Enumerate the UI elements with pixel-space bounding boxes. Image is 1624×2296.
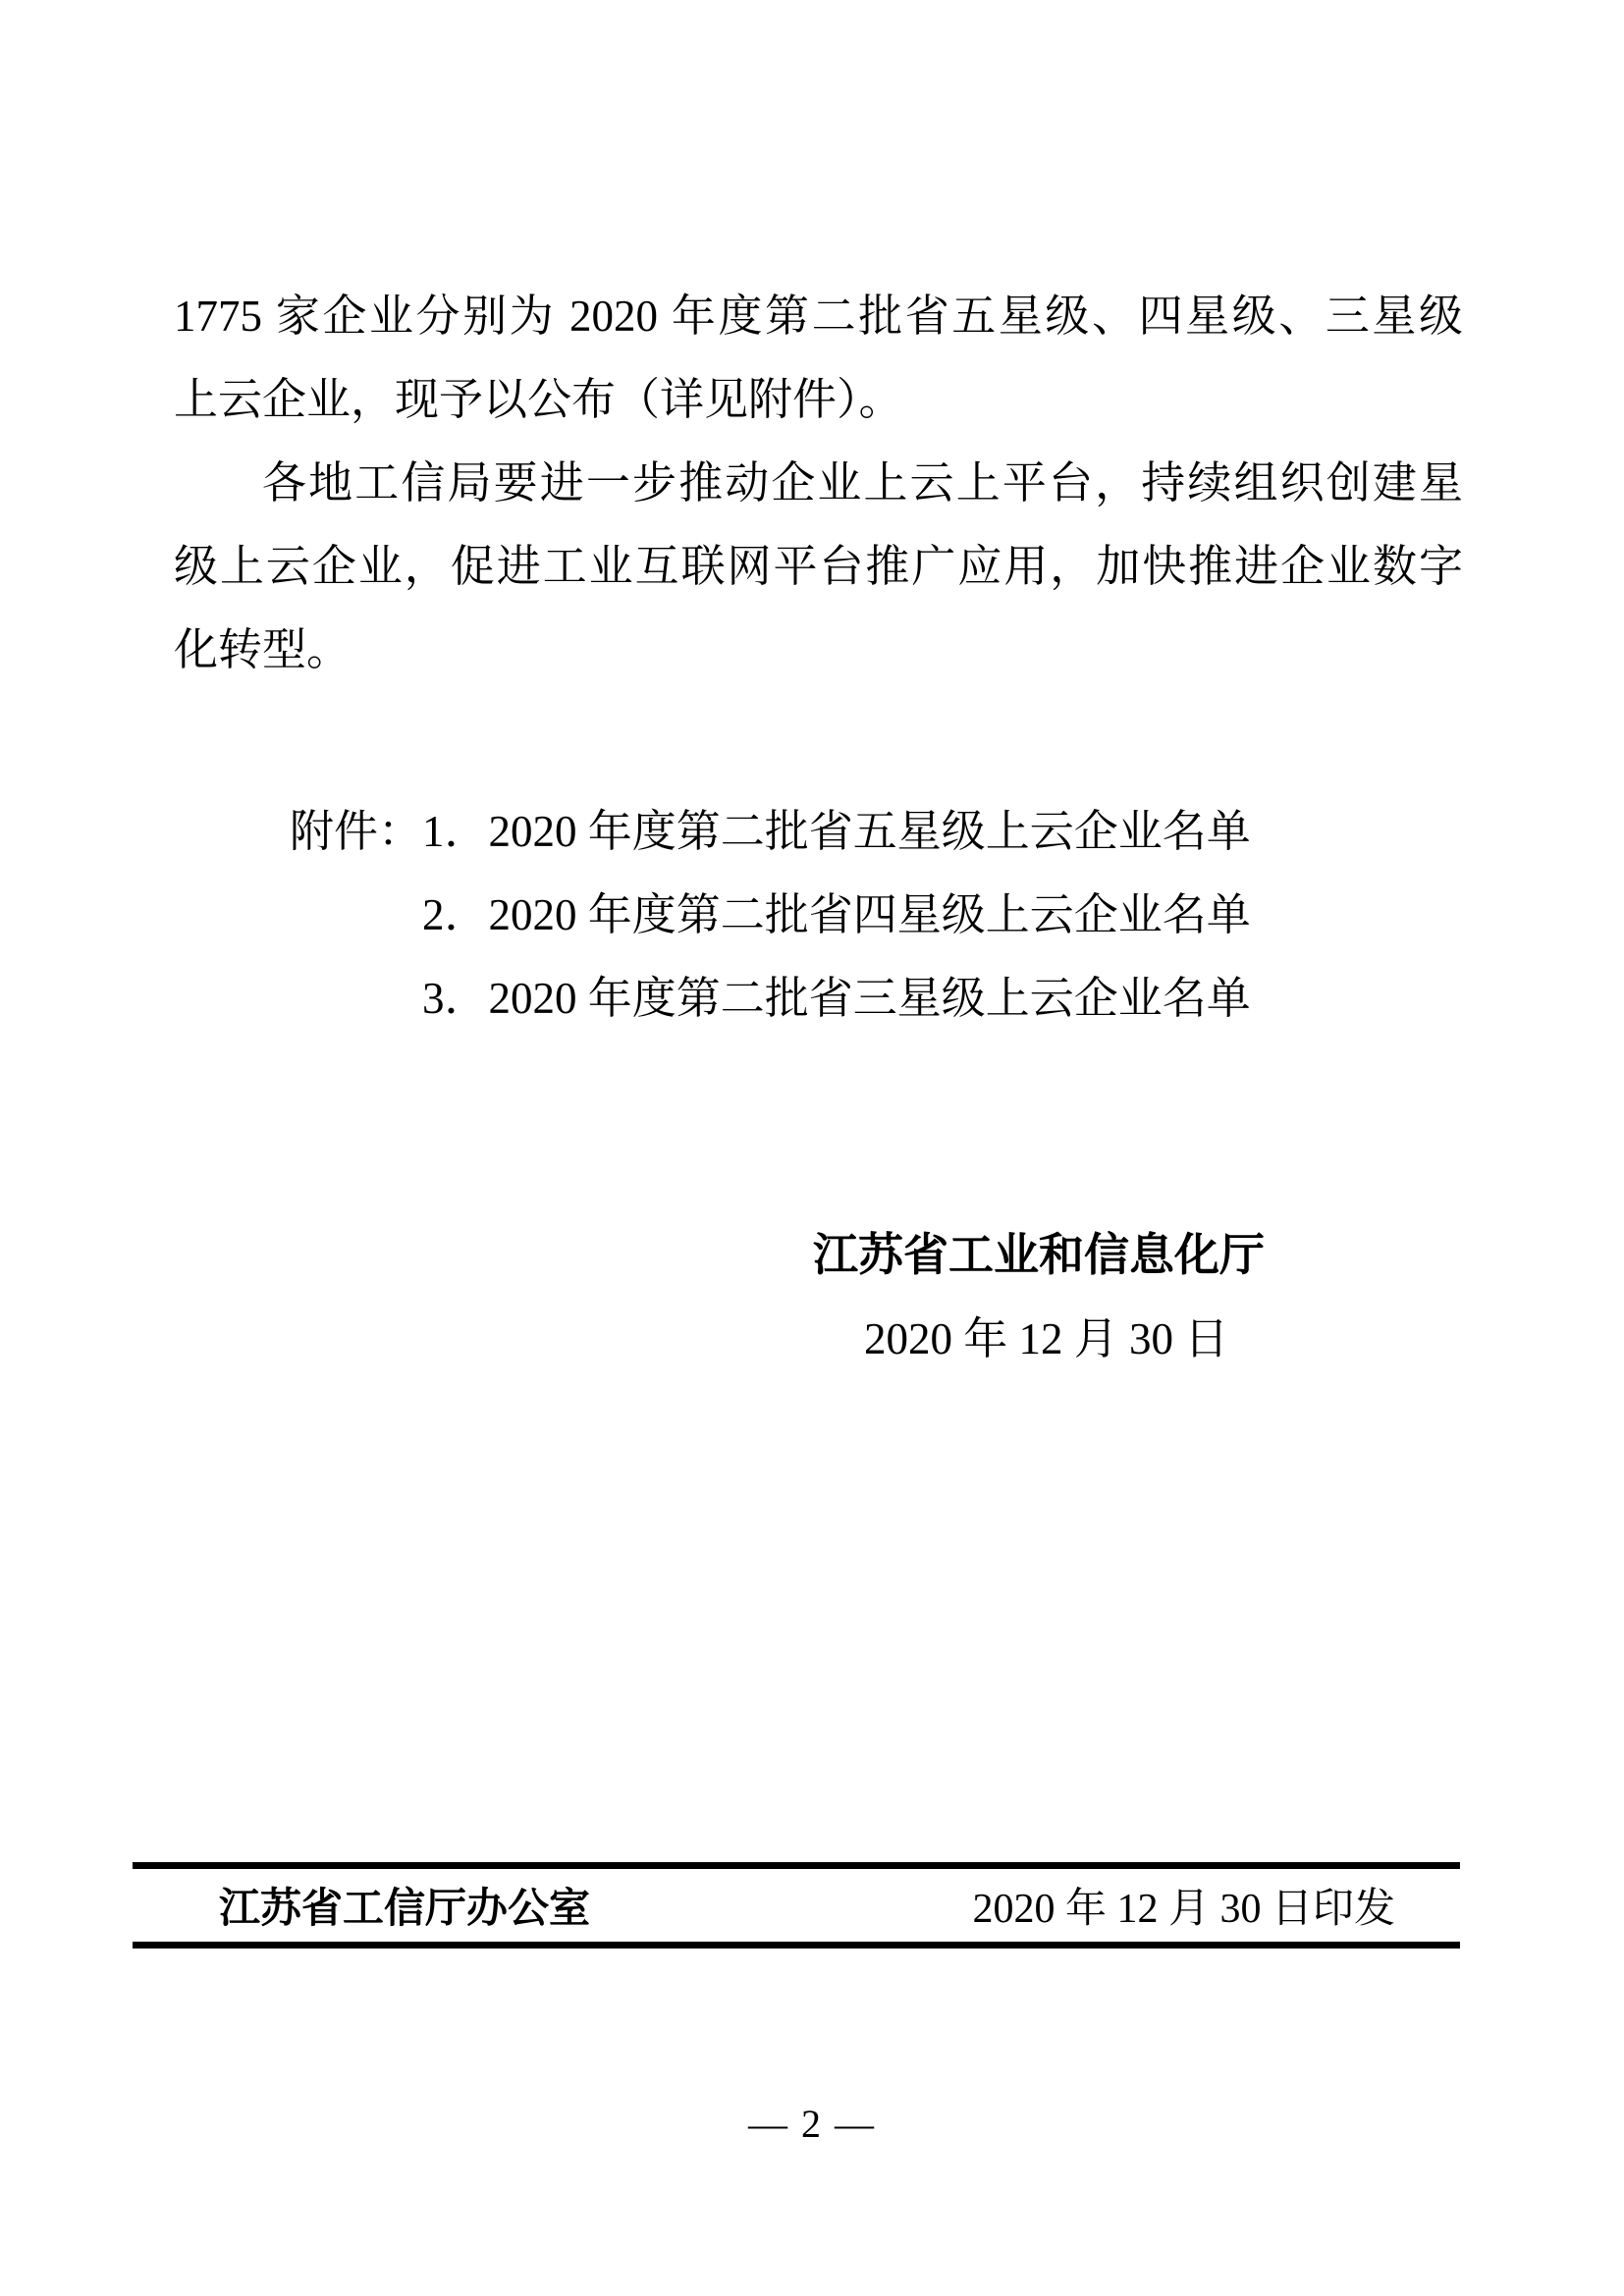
attachment-item: 2．2020 年度第二批省四星级上云企业名单 — [422, 874, 1251, 957]
attachment-row: 3．2020 年度第二批省三星级上云企业名单 — [290, 957, 1251, 1041]
paragraph1-line2: 上云企业，现予以公布（详见附件）。 — [174, 358, 1463, 442]
attachments-label-spacer — [290, 957, 422, 1041]
footer-office: 江苏省工信厅办公室 — [219, 1876, 590, 1935]
attachments-block: 附件： 1．2020 年度第二批省五星级上云企业名单 2．2020 年度第二批省… — [290, 790, 1251, 1041]
document-page: 1775 家企业分别为 2020 年度第二批省五星级、四星级、三星级 上云企业，… — [0, 0, 1624, 2296]
attachment-item: 1．2020 年度第二批省五星级上云企业名单 — [422, 790, 1251, 874]
footer-print-date: 2020 年 12 月 30 日印发 — [972, 1876, 1395, 1935]
signature-date: 2020 年 12 月 30 日 — [864, 1311, 1228, 1366]
attachments-label: 附件： — [290, 790, 422, 874]
signature-issuer: 江苏省工业和信息化厅 — [813, 1227, 1265, 1282]
body-text: 1775 家企业分别为 2020 年度第二批省五星级、四星级、三星级 上云企业，… — [174, 275, 1463, 692]
attachment-row: 附件： 1．2020 年度第二批省五星级上云企业名单 — [290, 790, 1251, 874]
paragraph2-line3: 化转型。 — [174, 609, 1463, 692]
paragraph1-line1: 1775 家企业分别为 2020 年度第二批省五星级、四星级、三星级 — [174, 275, 1463, 358]
page-number: — 2 — — [0, 2105, 1624, 2144]
paragraph2-line1: 各地工信局要进一步推动企业上云上平台，持续组织创建星 — [174, 442, 1463, 525]
paragraph2-line2: 级上云企业，促进工业互联网平台推广应用，加快推进企业数字 — [174, 525, 1463, 609]
footer-banner: 江苏省工信厅办公室 2020 年 12 月 30 日印发 — [133, 1862, 1460, 1949]
attachment-row: 2．2020 年度第二批省四星级上云企业名单 — [290, 874, 1251, 957]
attachment-item: 3．2020 年度第二批省三星级上云企业名单 — [422, 957, 1251, 1041]
attachments-label-spacer — [290, 874, 422, 957]
